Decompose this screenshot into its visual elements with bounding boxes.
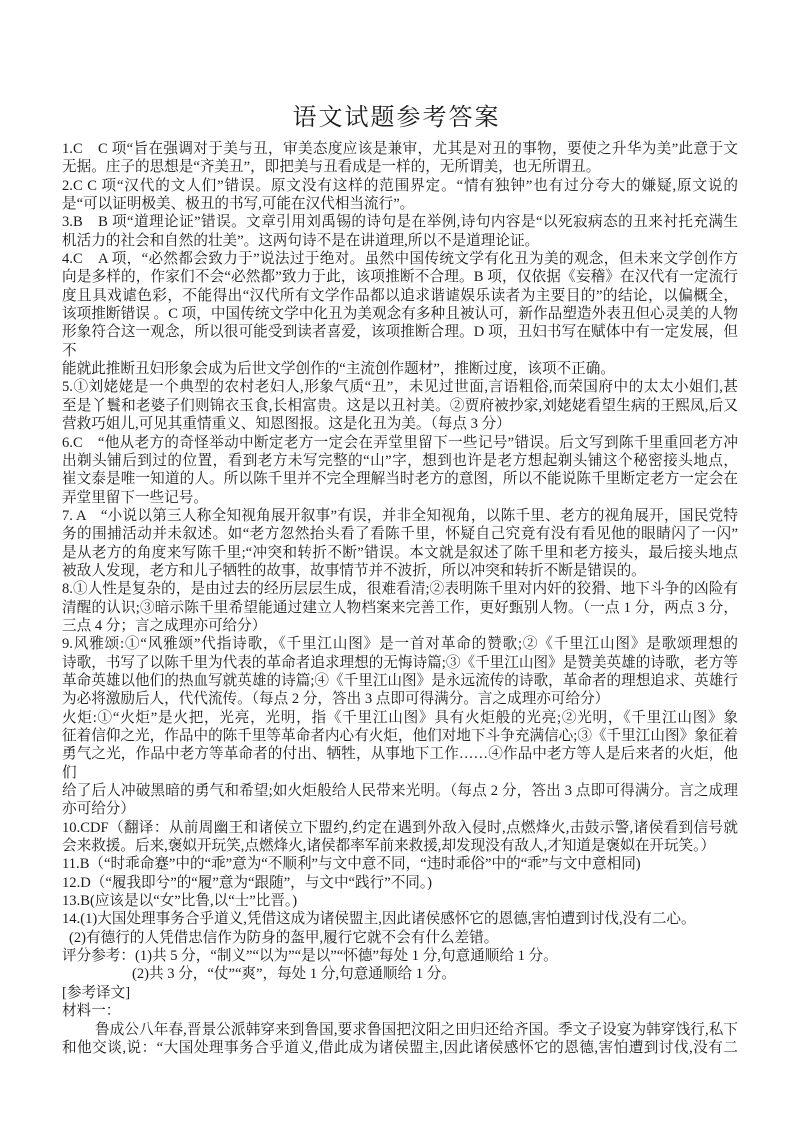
text-line: 出剃头铺后到过的位置，看到老方未写完整的“山”字，想到也许是老方想起剃头铺这个秘… bbox=[62, 452, 738, 470]
text-line: 革命英雄以他们的热血写就英雄的诗篇;④《千里江山图》是永远流传的诗歌，革命者的理… bbox=[62, 672, 738, 690]
text-line: 为必将激励后人，代代流传。（每点 2 分，答出 3 点即可得满分。言之成理亦可给… bbox=[62, 690, 738, 708]
answer-content: 1.C C 项“旨在强调对于美与丑，审美态度应该是兼审，尤其是对丑的事物，要使之… bbox=[62, 140, 738, 1057]
text-line: 11.B（“时乖命蹇”中的“乖”意为“不顺利”与文中意不同，“违时乖俗”中的“乖… bbox=[62, 855, 738, 873]
text-line: 崔文泰是唯一知道的人。所以陈千里并不完全理解当时老方的意图，所以不能说陈千里断定… bbox=[62, 470, 738, 488]
text-line: 13.B(应该是以“女”比鲁,以“士”比晋。) bbox=[62, 892, 738, 910]
text-line: 评分参考：(1)共 5 分，“制义”“以为”“是以”“怀德”每处 1 分,句意通… bbox=[62, 947, 738, 965]
text-line: 给了后人冲破黑暗的勇气和希望;如火炬般给人民带来光明。（每点 2 分，答出 3 … bbox=[62, 782, 738, 800]
text-line: 火炬:①“火炬”是火把，光亮，光明，指《千里江山图》具有火炬般的光亮;②光明，《… bbox=[62, 709, 738, 727]
text-line: 务的围捕活动并未叙述。如“老方忽然抬头看了看陈千里，怀疑自己究竟有没有看见他的眼… bbox=[62, 525, 738, 543]
page-title: 语文试题参考答案 bbox=[0, 103, 793, 134]
text-line: 该项推断错误 。C 项，中国传统文学中化丑为美观念有多种且被认可，新作品塑造外表… bbox=[62, 305, 738, 323]
text-line: 材料一： bbox=[62, 1002, 738, 1020]
text-line: 鲁成公八年春,晋景公派韩穿来到鲁国,要求鲁国把汶阳之田归还给齐国。季文子设宴为韩… bbox=[62, 1021, 738, 1039]
text-line: 度且具戏谑色彩，不能得出“汉代所有文学作品都以追求谐谑娱乐读者为主要目的”的结论… bbox=[62, 287, 738, 305]
text-line: 清醒的认识;③暗示陈千里希望能通过建立人物档案来完善工作，更好甄别人物。（一点 … bbox=[62, 599, 738, 617]
document-page: 语文试题参考答案 1.C C 项“旨在强调对于美与丑，审美态度应该是兼审，尤其是… bbox=[0, 0, 793, 1122]
text-line: 7. A “小说以第三人称全知视角展开叙事”有误，并非全知视角，以陈千里、老方的… bbox=[62, 507, 738, 525]
text-line: 三点 4 分；言之成理亦可给分） bbox=[62, 617, 738, 635]
text-line: 被敌人发现，老方和儿子牺牲的故事，故事情节并不波折，所以冲突和转折不断是错误的。 bbox=[62, 562, 738, 580]
text-line: 和他交谈,说：“大国处理事务合乎道义,借此成为诸侯盟主,因此诸侯感怀它的恩德,害… bbox=[62, 1039, 738, 1057]
text-line: 12.D（“履我即兮”的“履”意为“跟随”，与文中“践行”不同。) bbox=[62, 874, 738, 892]
text-line: 是从老方的角度来写陈千里;“冲突和转折不断”错误。本文就是叙述了陈千里和老方接头… bbox=[62, 544, 738, 562]
text-line: 机活力的社会和自然的壮美”。这两句诗不是在讲道理,所以不是道理论证。 bbox=[62, 232, 738, 250]
text-line: 勇气之光，作品中老方等革命者的付出、牺牲，从事地下工作……④作品中老方等人是后来… bbox=[62, 745, 738, 782]
text-line: 3.B B 项“道理论证”错误。文章引用刘禹锡的诗句是在举例,诗句内容是“以死寂… bbox=[62, 213, 738, 231]
text-line: 亦可给分） bbox=[62, 800, 738, 818]
text-line: (2)有德行的人凭借忠信作为防身的盔甲,履行它就不会有什么差错。 bbox=[62, 929, 738, 947]
text-line: 是“可以证明极美、极丑的书写,可能在汉代相当流行”。 bbox=[62, 195, 738, 213]
text-line: 诗歌，书写了以陈千里为代表的革命者追求理想的无悔诗篇;③《千里江山图》是赞美英雄… bbox=[62, 654, 738, 672]
text-line: 征着信仰之光，作品中的陈千里等革命者内心有火炬，他们对地下斗争充满信心;③《千里… bbox=[62, 727, 738, 745]
text-line: 5.①刘姥姥是一个典型的农村老妇人,形象气质“丑”，未见过世面,言语粗俗,而荣国… bbox=[62, 378, 738, 396]
text-line: 弄堂里留下一些记号。 bbox=[62, 489, 738, 507]
text-line: 14.(1)大国处理事务合乎道义,凭借这成为诸侯盟主,因此诸侯感怀它的恩德,害怕… bbox=[62, 910, 738, 928]
text-line: 10.CDF（翻译：从前周幽王和诸侯立下盟约,约定在遇到外敌入侵时,点燃烽火,击… bbox=[62, 819, 738, 837]
text-line: 8.①人性是复杂的，是由过去的经历层层生成，很难看清;②表明陈千里对内奸的狡猾、… bbox=[62, 580, 738, 598]
text-line: 2.C C 项“汉代的文人们”错误。原文没有这样的范围界定。“情有独钟”也有过分… bbox=[62, 177, 738, 195]
text-line: 6.C “他从老方的奇怪举动中断定老方一定会在弄堂里留下一些记号”错误。后文写到… bbox=[62, 434, 738, 452]
text-line: 9.风雅颂:①“风雅颂”代指诗歌，《千里江山图》是一首对革命的赞歌;②《千里江山… bbox=[62, 635, 738, 653]
text-line: 无据。庄子的思想是“齐美丑”，即把美与丑看成是一样的，无所谓美，也无所谓丑。 bbox=[62, 158, 738, 176]
text-line: 营救巧姐儿,可见其重情重义、知恩图报。这是化丑为美。（每点 3 分） bbox=[62, 415, 738, 433]
text-line: 会来救援。后来,褒姒开玩笑,点燃烽火,诸侯都率军前来救援,却发现没有敌人,才知道… bbox=[62, 837, 738, 855]
text-line: [参考译文] bbox=[62, 984, 738, 1002]
text-line: 向是多样的，作家们不会“必然都”致力于此，该项推断不合理。B 项，仅依据《妄稽》… bbox=[62, 268, 738, 286]
text-line: 形象符合这一观念，所以很可能受到读者喜爱，该项推断合理。D 项，丑妇书写在赋体中… bbox=[62, 323, 738, 360]
text-line: 至是丫鬟和老婆子们则锦衣玉食,长相富贵。这是以丑衬美。②贾府被抄家,刘姥姥看望生… bbox=[62, 397, 738, 415]
text-line: (2)共 3 分，“仗”“爽”，每处 1 分,句意通顺给 1 分。 bbox=[62, 965, 738, 983]
text-line: 能就此推断丑妇形象会成为后世文学创作的“主流创作题材”，推断过度，该项不正确。 bbox=[62, 360, 738, 378]
text-line: 1.C C 项“旨在强调对于美与丑，审美态度应该是兼审，尤其是对丑的事物，要使之… bbox=[62, 140, 738, 158]
text-line: 4.C A 项，“必然都会致力于”说法过于绝对。虽然中国传统文学有化丑为美的观念… bbox=[62, 250, 738, 268]
